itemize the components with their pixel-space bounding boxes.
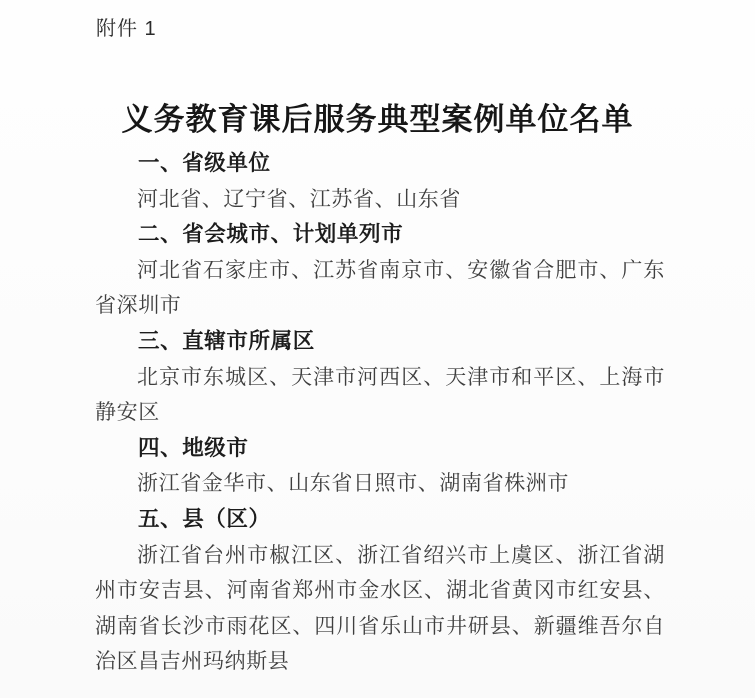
document-page: 附件 1 义务教育课后服务典型案例单位名单 一、省级单位 河北省、辽宁省、江苏省… xyxy=(0,0,755,698)
section-provincial: 一、省级单位 河北省、辽宁省、江苏省、山东省 xyxy=(95,146,665,217)
section-heading: 三、直辖市所属区 xyxy=(95,324,665,360)
section-body: 河北省、辽宁省、江苏省、山东省 xyxy=(95,182,665,218)
section-municipality-districts: 三、直辖市所属区 北京市东城区、天津市河西区、天津市和平区、上海市静安区 xyxy=(95,324,665,431)
section-heading: 二、省会城市、计划单列市 xyxy=(95,217,665,253)
section-body: 浙江省金华市、山东省日照市、湖南省株洲市 xyxy=(95,466,665,502)
attachment-label: 附件 1 xyxy=(96,16,157,42)
section-body: 浙江省台州市椒江区、浙江省绍兴市上虞区、浙江省湖州市安吉县、河南省郑州市金水区、… xyxy=(95,538,665,680)
document-title: 义务教育课后服务典型案例单位名单 xyxy=(0,102,755,138)
section-heading: 一、省级单位 xyxy=(95,146,665,182)
section-heading: 五、县（区） xyxy=(95,502,665,538)
section-body: 河北省石家庄市、江苏省南京市、安徽省合肥市、广东省深圳市 xyxy=(95,253,665,324)
section-body: 北京市东城区、天津市河西区、天津市和平区、上海市静安区 xyxy=(95,360,665,431)
document-body: 一、省级单位 河北省、辽宁省、江苏省、山东省 二、省会城市、计划单列市 河北省石… xyxy=(95,146,665,680)
section-heading: 四、地级市 xyxy=(95,431,665,467)
section-prefecture-cities: 四、地级市 浙江省金华市、山东省日照市、湖南省株洲市 xyxy=(95,431,665,502)
section-counties: 五、县（区） 浙江省台州市椒江区、浙江省绍兴市上虞区、浙江省湖州市安吉县、河南省… xyxy=(95,502,665,680)
section-capital-cities: 二、省会城市、计划单列市 河北省石家庄市、江苏省南京市、安徽省合肥市、广东省深圳… xyxy=(95,217,665,324)
